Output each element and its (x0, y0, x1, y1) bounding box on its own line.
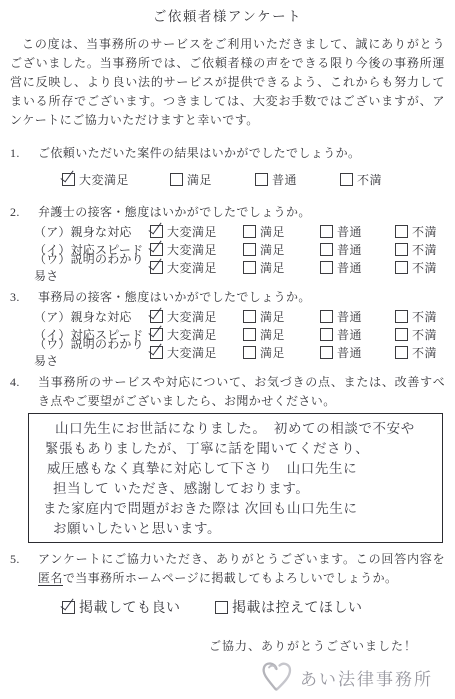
q1-checkbox-satisfied[interactable] (170, 173, 183, 186)
option-label: 満足 (260, 344, 285, 361)
option-label: 普通 (337, 308, 362, 325)
q2c-checkbox-neutral[interactable] (320, 261, 333, 274)
q2b-checkbox-satisfied[interactable] (243, 243, 256, 256)
q3b-option-satisfied: 満足 (243, 326, 320, 343)
option-label: 満足 (260, 308, 285, 325)
page-title: ご依頼者様アンケート (10, 8, 445, 26)
q3a-option-very-satisfied: 大変満足 (150, 308, 243, 325)
q3c-option-satisfied: 満足 (243, 344, 320, 361)
option-label: 不満 (412, 344, 437, 361)
q5-anonymous-underlined: 匿名 (38, 571, 63, 586)
option-label: 不満 (412, 308, 437, 325)
q5-checkbox-allow-publish[interactable] (62, 601, 75, 614)
question-5-text: アンケートにご協力いただき、ありがとうございます。この回答内容を匿名で当事務所ホ… (38, 550, 445, 588)
option-label: 満足 (260, 223, 285, 240)
q2a-option-dissatisfied: 不満 (395, 223, 437, 240)
option-label: 満足 (260, 326, 285, 343)
q2a-checkbox-very-satisfied[interactable] (150, 225, 163, 238)
option-label: 大変満足 (167, 326, 217, 343)
q2c-option-neutral: 普通 (320, 259, 395, 276)
q2a-option-neutral: 普通 (320, 223, 395, 240)
option-label: 大変満足 (167, 344, 217, 361)
option-label: 掲載しても良い (79, 597, 181, 617)
q3b-checkbox-very-satisfied[interactable] (150, 328, 163, 341)
option-label: 不満 (357, 171, 382, 188)
q3-row-personal: （ア）親身な対応 大変満足 満足 普通 不満 (10, 307, 445, 325)
question-1: 1. ご依頼いただいた案件の結果はいかがでしたでしょうか。 大変満足 満足 普通… (10, 144, 445, 189)
heart-logo-icon (258, 658, 294, 696)
question-3-text: 事務局の接客・態度はいかがでしたでしょうか。 (38, 288, 445, 307)
q3a-option-dissatisfied: 不満 (395, 308, 437, 325)
office-logo: あい法律事務所 (10, 658, 445, 696)
row-label: （ア）親身な対応 (34, 308, 150, 325)
q2b-option-dissatisfied: 不満 (395, 241, 437, 258)
question-1-options: 大変満足 満足 普通 不満 (10, 170, 445, 189)
option-label: 普通 (337, 326, 362, 343)
q3a-option-neutral: 普通 (320, 308, 395, 325)
option-label: 大変満足 (167, 241, 217, 258)
q2a-checkbox-dissatisfied[interactable] (395, 225, 408, 238)
q1-option-dissatisfied: 不満 (340, 171, 382, 188)
option-label: 大変満足 (167, 259, 217, 276)
q1-option-satisfied: 満足 (170, 171, 255, 188)
question-1-number: 1. (10, 144, 38, 163)
q3b-option-very-satisfied: 大変満足 (150, 326, 243, 343)
question-2: 2. 弁護士の接客・態度はいかがでしたでしょうか。 （ア）親身な対応 大変満足 … (10, 203, 445, 276)
q2b-checkbox-neutral[interactable] (320, 243, 333, 256)
comment-box[interactable]: 山口先生にお世話になりました。 初めての相談で不安や 緊張もありましたが、丁寧に… (28, 413, 443, 543)
question-4-number: 4. (10, 373, 38, 411)
option-label: 不満 (412, 241, 437, 258)
question-4-text: 当事務所のサービスや対応について、お気づきの点、または、改善すべき点やご要望がご… (38, 373, 445, 411)
question-3: 3. 事務局の接客・態度はいかがでしたでしょうか。 （ア）親身な対応 大変満足 … (10, 288, 445, 361)
q2b-option-neutral: 普通 (320, 241, 395, 258)
q2c-checkbox-satisfied[interactable] (243, 261, 256, 274)
question-5-options: 掲載しても良い 掲載は控えてほしい (10, 597, 445, 617)
q2a-checkbox-satisfied[interactable] (243, 225, 256, 238)
option-label: 大変満足 (79, 171, 129, 188)
q3a-checkbox-dissatisfied[interactable] (395, 310, 408, 323)
q2c-checkbox-dissatisfied[interactable] (395, 261, 408, 274)
question-2-number: 2. (10, 203, 38, 222)
q2a-checkbox-neutral[interactable] (320, 225, 333, 238)
q2c-option-dissatisfied: 不満 (395, 259, 437, 276)
q3-row-clarity: （ウ）説明のわかり易さ 大変満足 満足 普通 不満 (10, 343, 445, 361)
q2c-option-very-satisfied: 大変満足 (150, 259, 243, 276)
option-label: 掲載は控えてほしい (232, 597, 363, 617)
question-2-text: 弁護士の接客・態度はいかがでしたでしょうか。 (38, 203, 445, 222)
q3a-checkbox-satisfied[interactable] (243, 310, 256, 323)
q5-option-decline-publish: 掲載は控えてほしい (215, 597, 363, 617)
q1-checkbox-dissatisfied[interactable] (340, 173, 353, 186)
q3a-checkbox-very-satisfied[interactable] (150, 310, 163, 323)
question-5: 5. アンケートにご協力いただき、ありがとうございます。この回答内容を匿名で当事… (10, 550, 445, 617)
q5-text-after: で当事務所ホームページに掲載してもよろしいでしょうか。 (63, 571, 398, 585)
option-label: 不満 (412, 223, 437, 240)
question-1-text: ご依頼いただいた案件の結果はいかがでしたでしょうか。 (38, 144, 445, 163)
row-label: （ウ）説明のわかり易さ (34, 250, 150, 284)
q2a-option-satisfied: 満足 (243, 223, 320, 240)
thanks-message: ご協力、ありがとうございました！ (10, 637, 445, 654)
handwritten-line-4: 担当して いただき、感謝しております。 (53, 479, 432, 499)
handwritten-line-6: お願いしたいと思います。 (53, 519, 432, 539)
option-label: 普通 (337, 259, 362, 276)
q3c-checkbox-dissatisfied[interactable] (395, 346, 408, 359)
q1-option-neutral: 普通 (255, 171, 340, 188)
q1-option-very-satisfied: 大変満足 (62, 171, 170, 188)
row-label: （ア）親身な対応 (34, 223, 150, 240)
handwritten-line-3: 威圧感もなく真摯に対応して下さり 山口先生に (47, 459, 432, 479)
question-4: 4. 当事務所のサービスや対応について、お気づきの点、または、改善すべき点やご要… (10, 373, 445, 543)
q3c-checkbox-very-satisfied[interactable] (150, 346, 163, 359)
option-label: 大変満足 (167, 308, 217, 325)
option-label: 大変満足 (167, 223, 217, 240)
q1-checkbox-very-satisfied[interactable] (62, 173, 75, 186)
q1-checkbox-neutral[interactable] (255, 173, 268, 186)
q3b-option-neutral: 普通 (320, 326, 395, 343)
handwritten-line-5: また家庭内で問題がおきた際は 次回も山口先生に (43, 499, 432, 519)
q2b-option-very-satisfied: 大変満足 (150, 241, 243, 258)
q2-row-clarity: （ウ）説明のわかり易さ 大変満足 満足 普通 不満 (10, 258, 445, 276)
q3a-checkbox-neutral[interactable] (320, 310, 333, 323)
q5-text-before: アンケートにご協力いただき、ありがとうございます。この回答内容を (38, 552, 445, 566)
option-label: 満足 (187, 171, 212, 188)
handwritten-line-2: 緊張もありましたが、丁寧に話を聞いてくださり、 (45, 439, 432, 459)
q5-option-allow-publish: 掲載しても良い (62, 597, 215, 617)
question-3-number: 3. (10, 288, 38, 307)
q2b-checkbox-dissatisfied[interactable] (395, 243, 408, 256)
q3c-option-very-satisfied: 大変満足 (150, 344, 243, 361)
q3b-checkbox-satisfied[interactable] (243, 328, 256, 341)
row-label: （ウ）説明のわかり易さ (34, 335, 150, 369)
q2b-option-satisfied: 満足 (243, 241, 320, 258)
option-label: 普通 (337, 344, 362, 361)
q3c-option-neutral: 普通 (320, 344, 395, 361)
q2-row-personal: （ア）親身な対応 大変満足 満足 普通 不満 (10, 222, 445, 240)
q2c-option-satisfied: 満足 (243, 259, 320, 276)
q2a-option-very-satisfied: 大変満足 (150, 223, 243, 240)
q3b-option-dissatisfied: 不満 (395, 326, 437, 343)
question-5-number: 5. (10, 550, 38, 588)
intro-paragraph: この度は、当事務所のサービスをご利用いただきまして、誠にありがとうございました。… (10, 35, 445, 130)
option-label: 満足 (260, 241, 285, 258)
option-label: 不満 (412, 259, 437, 276)
option-label: 普通 (272, 171, 297, 188)
option-label: 普通 (337, 241, 362, 258)
q5-checkbox-decline-publish[interactable] (215, 601, 228, 614)
q3b-checkbox-dissatisfied[interactable] (395, 328, 408, 341)
office-name: あい法律事務所 (300, 665, 433, 690)
q3c-checkbox-satisfied[interactable] (243, 346, 256, 359)
q3a-option-satisfied: 満足 (243, 308, 320, 325)
option-label: 不満 (412, 326, 437, 343)
q3b-checkbox-neutral[interactable] (320, 328, 333, 341)
q3c-option-dissatisfied: 不満 (395, 344, 437, 361)
q3c-checkbox-neutral[interactable] (320, 346, 333, 359)
option-label: 普通 (337, 223, 362, 240)
handwritten-line-1: 山口先生にお世話になりました。 初めての相談で不安や (55, 419, 432, 439)
q2b-checkbox-very-satisfied[interactable] (150, 243, 163, 256)
option-label: 満足 (260, 259, 285, 276)
survey-page: ご依頼者様アンケート この度は、当事務所のサービスをご利用いただきまして、誠にあ… (0, 0, 455, 699)
q2c-checkbox-very-satisfied[interactable] (150, 261, 163, 274)
